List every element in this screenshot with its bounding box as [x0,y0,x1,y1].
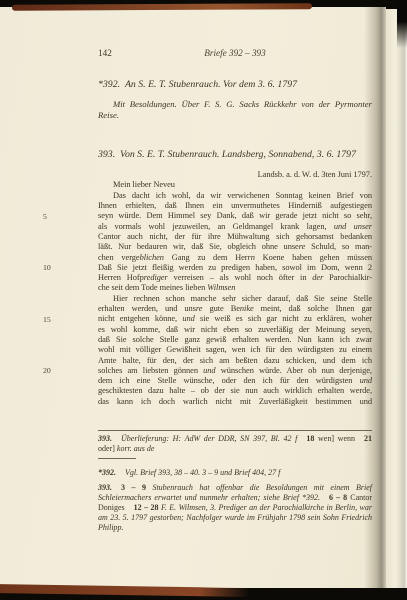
letter-line: 15nicht entgehen könne, und sie weiß es … [98,314,372,324]
letter-line: es wohl komme, daß wir nicht eben so zuv… [98,325,372,335]
summary-line: Mit Besoldungen. Über F. S. G. Sacks Rüc… [98,99,372,110]
salutation: Mein lieber Neveu [98,180,372,190]
page-number: 142 [98,48,112,59]
letter-line: che seit dem Tode meines lieben Wilmsen [98,283,372,293]
next-page-edge [386,9,407,588]
text-column: 142 Briefe 392 – 393 *392. An S. E. T. S… [98,48,372,532]
letter-line: 5seyn würde. Dem Himmel sey Dank, daß wi… [98,211,372,221]
letter-line: 10Daß Sie jetzt fleißig werden zu predig… [98,263,372,273]
letter-line: erhalten werden, und unsre gute Benike m… [98,304,372,314]
footnote-392: *392.Vgl. Brief 393, 38 – 40. 3 – 9 und … [98,468,372,478]
footnote-393: 393.3 – 9 Stubenrauch hat offenbar die B… [98,483,372,532]
letter-line: Herren Hofprediger verreisen – als wohl … [98,273,372,283]
footnote-rule [98,458,136,459]
letter-line: geschiktesten dazu halte – ob der sie nu… [98,386,372,396]
line-number: 10 [43,263,53,273]
apparatus: 393.Überlieferung: H: AdW der DDR, SN 39… [98,434,372,454]
summary-line: Reise. [98,110,372,121]
letter-line: 20solches am liebsten gönnen und wünsche… [98,366,372,376]
letter-line: Amte halte, für den, der sich am beßten … [98,356,372,366]
letter-392-summary: Mit Besoldungen. Über F. S. G. Sacks Rüc… [98,99,372,120]
dateline: Landsb. a. d. W. d. 3ten Juni 1797. [98,170,372,180]
cover-edge [397,0,407,48]
letter-lines: Das dacht ich wohl, da wir verwichenen S… [98,191,372,407]
apparatus-rule [98,430,372,431]
line-number: 15 [43,315,53,325]
letter-393-heading: 393. Von S. E. T. Stubenrauch. Landsberg… [98,149,372,161]
letter-line: läßt. Nur bedauren wir, daß Sie, obgleic… [98,242,372,252]
letter-392-heading: *392. An S. E. T. Stubenrauch. Vor dem 3… [98,79,372,91]
letter-line: Cantor auch nicht, der für ihre Mühwaltu… [98,232,372,242]
letter-line: dem ich eine Stelle wünsche, oder den ic… [98,376,372,386]
line-number: 5 [43,212,53,222]
letter-line: das kann ich doch warlich nicht mit Zuve… [98,397,372,407]
line-number: 20 [43,366,53,376]
letter-line: chen vergeblichen Gang zu dem Herrn Koen… [98,253,372,263]
letter-393-body: Landsb. a. d. W. d. 3ten Juni 1797. Mein… [98,170,372,407]
running-head: Briefe 392 – 393 [98,48,372,59]
letter-line: wohl mit völliger Gewißheit sagen, wen i… [98,345,372,355]
letter-line: als vormals wohl jezuweilen, an Geldmang… [98,222,372,232]
letter-line: Ihnen erhielten, daß Ihnen ein unvermuth… [98,201,372,211]
book-photo: 142 Briefe 392 – 393 *392. An S. E. T. S… [0,0,407,600]
letter-line: Das dacht ich wohl, da wir verwichenen S… [98,191,372,201]
letter-line: daß Sie solche Stelle ganz gewiß erhalte… [98,335,372,345]
page-header: 142 Briefe 392 – 393 [98,48,372,60]
letter-line: Hier rechnen schon manche sehr sicher da… [98,294,372,304]
